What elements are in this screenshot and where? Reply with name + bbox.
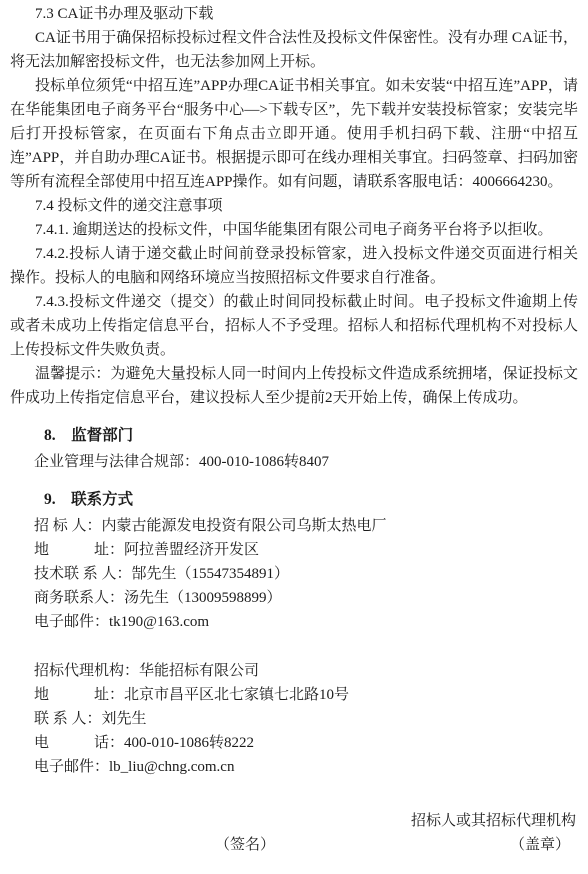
signature-party-line: 招标人或其招标代理机构 (10, 809, 578, 833)
tenderer-address-line: 地 址：阿拉善盟经济开发区 (10, 538, 578, 562)
section-8-heading: 8. 监督部门 (10, 424, 578, 448)
agency-phone-line: 电 话：400-010-1086转8222 (10, 731, 578, 755)
agency-contact-line: 联 系 人：刘先生 (10, 707, 578, 731)
signature-row: （签名） （盖章） (10, 833, 578, 857)
section-9-heading: 9. 联系方式 (10, 488, 578, 512)
agency-name-line: 招标代理机构：华能招标有限公司 (10, 659, 578, 683)
block-spacer (10, 634, 578, 659)
signature-seal-label: （盖章） (510, 833, 570, 857)
para-ca-intro: CA证书用于确保招标投标过程文件合法性及投标文件保密性。没有办理 CA证书，将无… (10, 26, 578, 74)
para-7-4-2: 7.4.2.投标人请于递交截止时间前登录投标管家，进入投标文件递交页面进行相关操… (10, 242, 578, 290)
section-7-3-heading: 7.3 CA证书办理及驱动下载 (10, 2, 578, 26)
tenderer-name-line: 招 标 人：内蒙古能源发电投资有限公司乌斯太热电厂 (10, 514, 578, 538)
tenderer-email-line: 电子邮件：tk190@163.com (10, 610, 578, 634)
para-7-4-1: 7.4.1. 逾期送达的投标文件，中国华能集团有限公司电子商务平台将予以拒收。 (10, 218, 578, 242)
signature-spacer (10, 779, 578, 809)
agency-address-line: 地 址：北京市昌平区北七家镇七北路10号 (10, 683, 578, 707)
tenderer-tech-contact-line: 技术联 系 人：郜先生（15547354891） (10, 562, 578, 586)
tenderer-business-contact-line: 商务联系人：汤先生（13009598899） (10, 586, 578, 610)
tender-document-page: 7.3 CA证书办理及驱动下载 CA证书用于确保招标投标过程文件合法性及投标文件… (0, 0, 588, 874)
para-7-4-3: 7.4.3.投标文件递交（提交）的截止时间同投标截止时间。电子投标文件逾期上传或… (10, 290, 578, 362)
para-warm-tip: 温馨提示：为避免大量投标人同一时间内上传投标文件造成系统拥堵，保证投标文件成功上… (10, 362, 578, 410)
para-ca-app-instructions: 投标单位须凭“中招互连”APP办理CA证书相关事宜。如未安装“中招互连”APP，… (10, 74, 578, 194)
supervision-dept-line: 企业管理与法律合规部：400-010-1086转8407 (10, 450, 578, 474)
section-7-4-heading: 7.4 投标文件的递交注意事项 (10, 194, 578, 218)
signature-sign-label: （签名） (215, 833, 275, 857)
agency-email-line: 电子邮件：lb_liu@chng.com.cn (10, 755, 578, 779)
